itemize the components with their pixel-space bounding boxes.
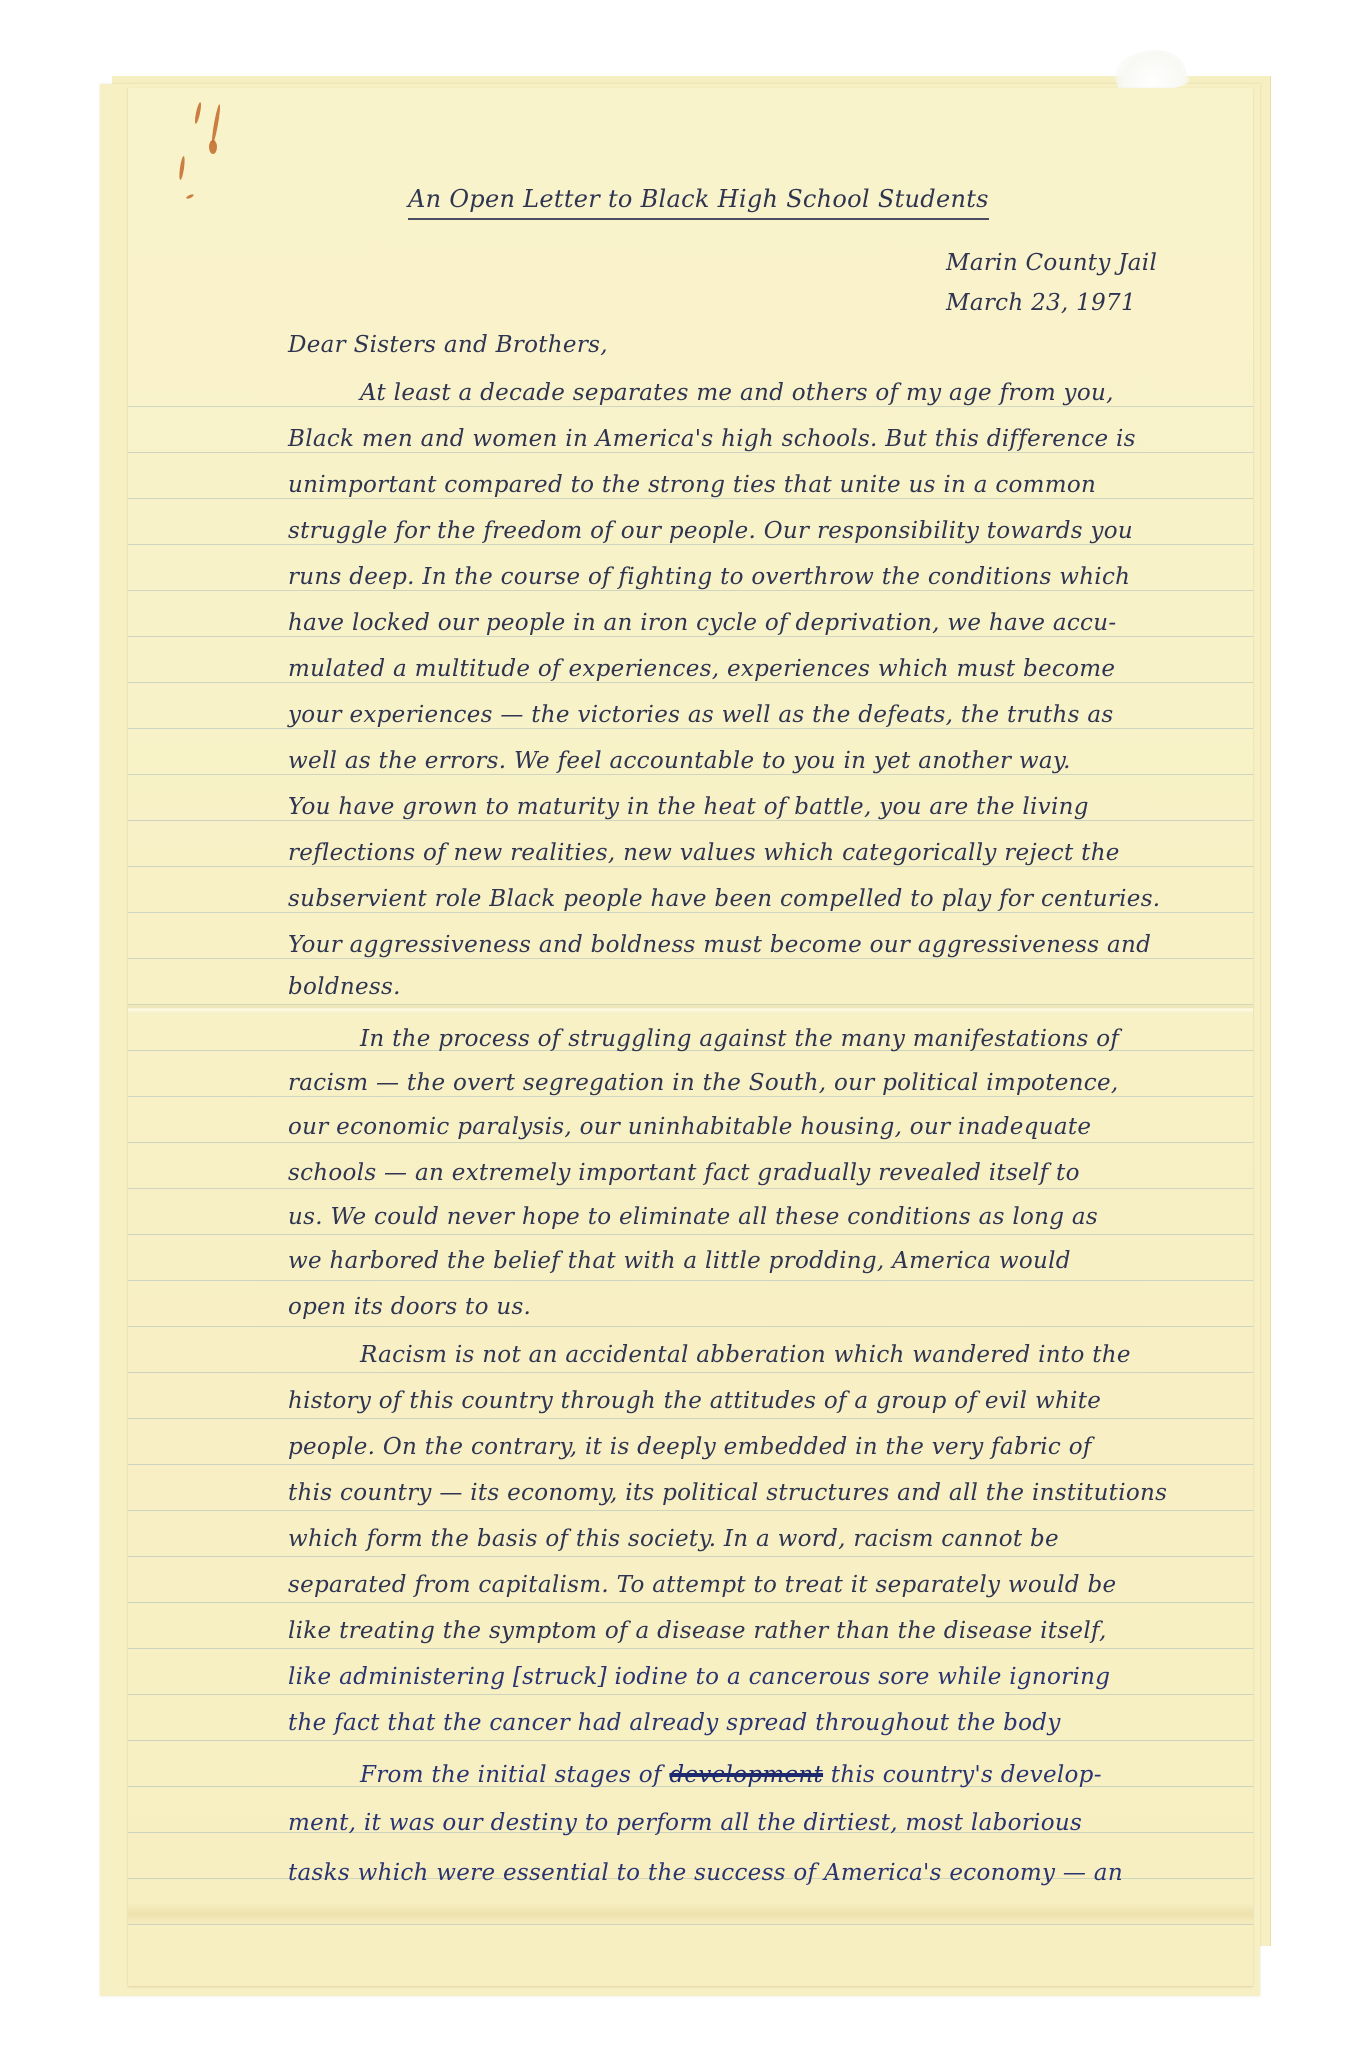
rust-stain bbox=[194, 102, 202, 124]
paragraph-3-line: which form the basis of this society. In… bbox=[288, 1524, 1059, 1554]
paragraph-3-line: the fact that the cancer had already spr… bbox=[288, 1708, 1061, 1738]
paragraph-2-line: In the process of struggling against the… bbox=[360, 1024, 1119, 1054]
fold-crease bbox=[128, 1003, 1253, 1013]
paragraph-2-line: our economic paralysis, our uninhabitabl… bbox=[288, 1112, 1091, 1142]
paragraph-2-line: schools — an extremely important fact gr… bbox=[288, 1158, 1080, 1188]
paragraph-1-line: have locked our people in an iron cycle … bbox=[288, 608, 1116, 638]
paragraph-2-line: us. We could never hope to eliminate all… bbox=[288, 1202, 1098, 1232]
paragraph-3-line: like administering [struck] iodine to a … bbox=[288, 1662, 1110, 1692]
rust-stain bbox=[178, 156, 185, 180]
photo-stage: An Open Letter to Black High School Stud… bbox=[0, 0, 1366, 2048]
paragraph-1-line: reflections of new realities, new values… bbox=[288, 838, 1120, 868]
rust-stain bbox=[209, 140, 217, 154]
paragraph-3-line: Racism is not an accidental abberation w… bbox=[360, 1340, 1131, 1370]
paragraph-1-line: Your aggressiveness and boldness must be… bbox=[288, 930, 1151, 960]
paragraph-1-line: subservient role Black people have been … bbox=[288, 884, 1160, 914]
salutation: Dear Sisters and Brothers, bbox=[288, 330, 608, 360]
line-text: From the initial stages of bbox=[360, 1762, 662, 1788]
date: March 23, 1971 bbox=[946, 288, 1136, 318]
line-text: like administering [struck] iodine to a … bbox=[288, 1664, 1110, 1690]
paragraph-2-line: open its doors to us. bbox=[288, 1292, 531, 1322]
paragraph-4-line: ment, it was our destiny to perform all … bbox=[288, 1808, 1082, 1838]
line-text: this country's develop- bbox=[831, 1762, 1102, 1788]
paragraph-3-line: like treating the symptom of a disease r… bbox=[288, 1616, 1107, 1646]
paragraph-1-line: At least a decade separates me and other… bbox=[360, 378, 1114, 408]
paragraph-1-line: Black men and women in America's high sc… bbox=[288, 424, 1136, 454]
paragraph-1-line: well as the errors. We feel accountable … bbox=[288, 746, 1071, 776]
paragraph-3-line: this country — its economy, its politica… bbox=[288, 1478, 1167, 1508]
location: Marin County Jail bbox=[946, 248, 1157, 278]
paragraph-3-line: separated from capitalism. To attempt to… bbox=[288, 1570, 1116, 1600]
letter-page: An Open Letter to Black High School Stud… bbox=[128, 88, 1253, 1986]
paragraph-1-line: boldness. bbox=[288, 972, 401, 1002]
paragraph-1-line: struggle for the freedom of our people. … bbox=[288, 516, 1133, 546]
paragraph-4-line: From the initial stages of development t… bbox=[360, 1760, 1102, 1790]
paragraph-2-line: racism — the overt segregation in the So… bbox=[288, 1068, 1118, 1098]
bottom-fold bbox=[128, 1902, 1253, 1926]
paragraph-3-line: people. On the contrary, it is deeply em… bbox=[288, 1432, 1092, 1462]
paragraph-1-line: You have grown to maturity in the heat o… bbox=[288, 792, 1089, 822]
struck-word: development bbox=[669, 1760, 823, 1790]
rust-stain bbox=[186, 193, 195, 199]
paragraph-3-line: history of this country through the atti… bbox=[288, 1386, 1101, 1416]
paragraph-1-line: runs deep. In the course of fighting to … bbox=[288, 562, 1130, 592]
paragraph-4-line: tasks which were essential to the succes… bbox=[288, 1858, 1123, 1888]
paragraph-1-line: mulated a multitude of experiences, expe… bbox=[288, 654, 1115, 684]
paragraph-1-line: your experiences — the victories as well… bbox=[288, 700, 1113, 730]
paragraph-2-line: we harbored the belief that with a littl… bbox=[288, 1246, 1071, 1276]
paragraph-1-line: unimportant compared to the strong ties … bbox=[288, 470, 1096, 500]
rust-stain bbox=[211, 104, 222, 144]
letter-title: An Open Letter to Black High School Stud… bbox=[408, 184, 989, 220]
